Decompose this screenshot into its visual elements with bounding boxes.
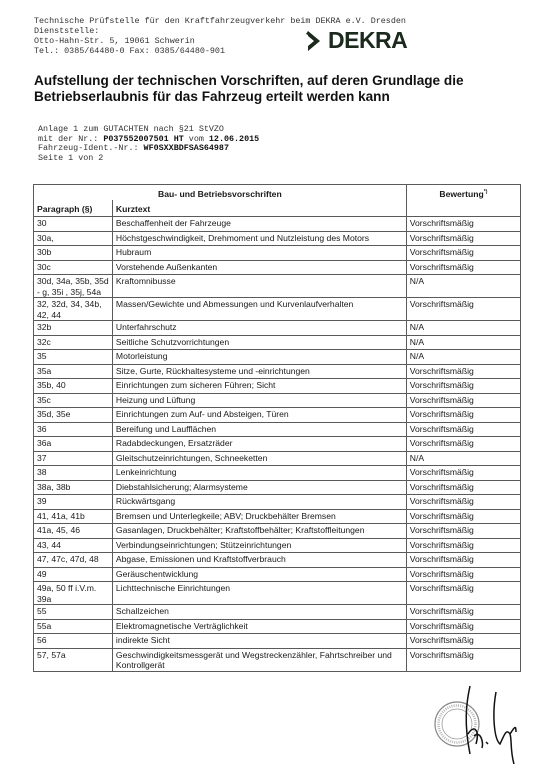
table-row: 56indirekte SichtVorschriftsmäßig — [34, 634, 521, 649]
paragraph-cell: 37 — [34, 451, 113, 466]
table-row: 37Gleitschutzeinrichtungen, Schneeketten… — [34, 451, 521, 466]
bewertung-cell: N/A — [406, 350, 520, 365]
paragraph-cell: 30d, 34a, 35b, 35d - g, 35i , 35j, 54a — [34, 275, 113, 298]
bewertung-cell: Vorschriftsmäßig — [406, 538, 520, 553]
kurztext-cell: Einrichtungen zum Auf- und Absteigen, Tü… — [112, 408, 406, 423]
bewertung-cell: Vorschriftsmäßig — [406, 393, 520, 408]
table-row: 55aElektromagnetische VerträglichkeitVor… — [34, 619, 521, 634]
table-row: 35d, 35eEinrichtungen zum Auf- und Abste… — [34, 408, 521, 423]
paragraph-cell: 43, 44 — [34, 538, 113, 553]
kurztext-cell: Einrichtungen zum sicheren Führen; Sicht — [112, 379, 406, 394]
table-row: 55SchallzeichenVorschriftsmäßig — [34, 605, 521, 620]
dekra-logo: DEKRA — [306, 27, 407, 54]
kurztext-cell: Hubraum — [112, 246, 406, 261]
bewertung-cell: Vorschriftsmäßig — [406, 437, 520, 452]
paragraph-cell: 36a — [34, 437, 113, 452]
kurztext-cell: Massen/Gewichte und Abmessungen und Kurv… — [112, 298, 406, 321]
paragraph-cell: 41a, 45, 46 — [34, 524, 113, 539]
table-row: 47, 47c, 47d, 48Abgase, Emissionen und K… — [34, 553, 521, 568]
bewertung-cell: Vorschriftsmäßig — [406, 509, 520, 524]
paragraph-cell: 30c — [34, 260, 113, 275]
group-header: Bau- und Betriebsvorschriften — [34, 185, 407, 200]
table-row: 43, 44Verbindungseinrichtungen; Stützein… — [34, 538, 521, 553]
paragraph-cell: 30b — [34, 246, 113, 261]
table-row: 36Bereifung und LaufflächenVorschriftsmä… — [34, 422, 521, 437]
dekra-arrow-icon — [306, 29, 322, 53]
paragraph-cell: 30a, — [34, 231, 113, 246]
regulations-table: Bau- und Betriebsvorschriften Bewertung*… — [33, 184, 521, 672]
paragraph-cell: 47, 47c, 47d, 48 — [34, 553, 113, 568]
table-row: 30cVorstehende AußenkantenVorschriftsmäß… — [34, 260, 521, 275]
bewertung-cell: Vorschriftsmäßig — [406, 298, 520, 321]
table-row: 32, 32d, 34, 34b, 42, 44Massen/Gewichte … — [34, 298, 521, 321]
bewertung-cell: Vorschriftsmäßig — [406, 422, 520, 437]
kurztext-cell: Sitze, Gurte, Rückhaltesysteme und -einr… — [112, 364, 406, 379]
bewertung-cell: Vorschriftsmäßig — [406, 495, 520, 510]
table-row: 36aRadabdeckungen, ErsatzräderVorschrift… — [34, 437, 521, 452]
kurztext-cell: Höchstgeschwindigkeit, Drehmoment und Nu… — [112, 231, 406, 246]
bewertung-cell: Vorschriftsmäßig — [406, 480, 520, 495]
table-row: 41a, 45, 46Gasanlagen, Druckbehälter; Kr… — [34, 524, 521, 539]
paragraph-cell: 35b, 40 — [34, 379, 113, 394]
table-row: 30d, 34a, 35b, 35d - g, 35i , 35j, 54aKr… — [34, 275, 521, 298]
table-row: 49a, 50 ff i.V.m. 39aLichttechnische Ein… — [34, 582, 521, 605]
kurztext-cell: indirekte Sicht — [112, 634, 406, 649]
table-row: 32cSeitliche SchutzvorrichtungenN/A — [34, 335, 521, 350]
bewertung-cell: Vorschriftsmäßig — [406, 524, 520, 539]
bewertung-cell: N/A — [406, 275, 520, 298]
kurztext-cell: Lenkeinrichtung — [112, 466, 406, 481]
issuer-line: Technische Prüfstelle für den Kraftfahrz… — [34, 16, 406, 26]
footnote-mark: *) — [484, 189, 488, 195]
kurztext-cell: Beschaffenheit der Fahrzeuge — [112, 217, 406, 232]
paragraph-cell: 49a, 50 ff i.V.m. 39a — [34, 582, 113, 605]
table-row: 38a, 38bDiebstahlsicherung; Alarmsysteme… — [34, 480, 521, 495]
page-indicator: Seite 1 von 2 — [38, 154, 259, 164]
paragraph-cell: 35a — [34, 364, 113, 379]
kurztext-cell: Geschwindigkeitsmessgerät und Wegstrecke… — [112, 648, 406, 671]
report-number: P037552007501 HT — [103, 134, 183, 144]
bewertung-cell: N/A — [406, 321, 520, 336]
kurztext-cell: Vorstehende Außenkanten — [112, 260, 406, 275]
table-row: 30a,Höchstgeschwindigkeit, Drehmoment un… — [34, 231, 521, 246]
bewertung-cell: Vorschriftsmäßig — [406, 582, 520, 605]
page-title: Aufstellung der technischen Vorschriften… — [34, 73, 534, 105]
paragraph-cell: 39 — [34, 495, 113, 510]
report-meta: Anlage 1 zum GUTACHTEN nach §21 StVZO mi… — [38, 125, 259, 163]
bewertung-cell: Vorschriftsmäßig — [406, 231, 520, 246]
table-row: 35cHeizung und LüftungVorschriftsmäßig — [34, 393, 521, 408]
bewertung-cell: Vorschriftsmäßig — [406, 634, 520, 649]
paragraph-cell: 49 — [34, 567, 113, 582]
table-body: 30Beschaffenheit der FahrzeugeVorschrift… — [34, 217, 521, 672]
kurztext-cell: Diebstahlsicherung; Alarmsysteme — [112, 480, 406, 495]
bewertung-cell: Vorschriftsmäßig — [406, 605, 520, 620]
header-kurztext: Kurztext — [112, 200, 406, 217]
paragraph-cell: 30 — [34, 217, 113, 232]
kurztext-cell: Seitliche Schutzvorrichtungen — [112, 335, 406, 350]
paragraph-cell: 32, 32d, 34, 34b, 42, 44 — [34, 298, 113, 321]
paragraph-cell: 35 — [34, 350, 113, 365]
kurztext-cell: Heizung und Lüftung — [112, 393, 406, 408]
report-date: 12.06.2015 — [209, 134, 259, 144]
kurztext-cell: Geräuschentwicklung — [112, 567, 406, 582]
table-row: 35aSitze, Gurte, Rückhaltesysteme und -e… — [34, 364, 521, 379]
paragraph-cell: 55a — [34, 619, 113, 634]
bewertung-cell: Vorschriftsmäßig — [406, 567, 520, 582]
paragraph-cell: 32c — [34, 335, 113, 350]
kurztext-cell: Elektromagnetische Verträglichkeit — [112, 619, 406, 634]
bewertung-cell: Vorschriftsmäßig — [406, 260, 520, 275]
kurztext-cell: Motorleistung — [112, 350, 406, 365]
vin: WF0SXXBDFSAS64987 — [144, 143, 229, 153]
signature-icon — [444, 684, 544, 764]
table-row: 39RückwärtsgangVorschriftsmäßig — [34, 495, 521, 510]
table-row: 49GeräuschentwicklungVorschriftsmäßig — [34, 567, 521, 582]
table-row: 35b, 40Einrichtungen zum sicheren Führen… — [34, 379, 521, 394]
kurztext-cell: Schallzeichen — [112, 605, 406, 620]
bewertung-cell: N/A — [406, 335, 520, 350]
logo-text: DEKRA — [328, 27, 407, 54]
paragraph-cell: 36 — [34, 422, 113, 437]
kurztext-cell: Abgase, Emissionen und Kraftstoffverbrau… — [112, 553, 406, 568]
paragraph-cell: 41, 41a, 41b — [34, 509, 113, 524]
bewertung-cell: Vorschriftsmäßig — [406, 217, 520, 232]
header-bewertung: Bewertung*) — [406, 185, 520, 217]
kurztext-cell: Unterfahrschutz — [112, 321, 406, 336]
kurztext-cell: Lichttechnische Einrichtungen — [112, 582, 406, 605]
paragraph-cell: 32b — [34, 321, 113, 336]
bewertung-cell: N/A — [406, 451, 520, 466]
bewertung-cell: Vorschriftsmäßig — [406, 364, 520, 379]
kurztext-cell: Rückwärtsgang — [112, 495, 406, 510]
paragraph-cell: 38a, 38b — [34, 480, 113, 495]
kurztext-cell: Bereifung und Laufflächen — [112, 422, 406, 437]
table-row: 32bUnterfahrschutzN/A — [34, 321, 521, 336]
table-row: 57, 57aGeschwindigkeitsmessgerät und Weg… — [34, 648, 521, 671]
kurztext-cell: Kraftomnibusse — [112, 275, 406, 298]
table-row: 30Beschaffenheit der FahrzeugeVorschrift… — [34, 217, 521, 232]
kurztext-cell: Gleitschutzeinrichtungen, Schneeketten — [112, 451, 406, 466]
kurztext-cell: Gasanlagen, Druckbehälter; Kraftstoffbeh… — [112, 524, 406, 539]
bewertung-cell: Vorschriftsmäßig — [406, 246, 520, 261]
paragraph-cell: 35c — [34, 393, 113, 408]
kurztext-cell: Radabdeckungen, Ersatzräder — [112, 437, 406, 452]
paragraph-cell: 35d, 35e — [34, 408, 113, 423]
table-row: 35MotorleistungN/A — [34, 350, 521, 365]
table-row: 41, 41a, 41bBremsen und Unterlegkeile; A… — [34, 509, 521, 524]
header-paragraph: Paragraph (§) — [34, 200, 113, 217]
paragraph-cell: 57, 57a — [34, 648, 113, 671]
table-row: 30bHubraumVorschriftsmäßig — [34, 246, 521, 261]
paragraph-cell: 56 — [34, 634, 113, 649]
paragraph-cell: 55 — [34, 605, 113, 620]
kurztext-cell: Bremsen und Unterlegkeile; ABV; Druckbeh… — [112, 509, 406, 524]
bewertung-cell: Vorschriftsmäßig — [406, 648, 520, 671]
bewertung-cell: Vorschriftsmäßig — [406, 379, 520, 394]
bewertung-cell: Vorschriftsmäßig — [406, 466, 520, 481]
bewertung-cell: Vorschriftsmäßig — [406, 619, 520, 634]
table-row: 38LenkeinrichtungVorschriftsmäßig — [34, 466, 521, 481]
form-code — [6, 712, 12, 756]
bewertung-cell: Vorschriftsmäßig — [406, 408, 520, 423]
kurztext-cell: Verbindungseinrichtungen; Stützeinrichtu… — [112, 538, 406, 553]
paragraph-cell: 38 — [34, 466, 113, 481]
bewertung-cell: Vorschriftsmäßig — [406, 553, 520, 568]
